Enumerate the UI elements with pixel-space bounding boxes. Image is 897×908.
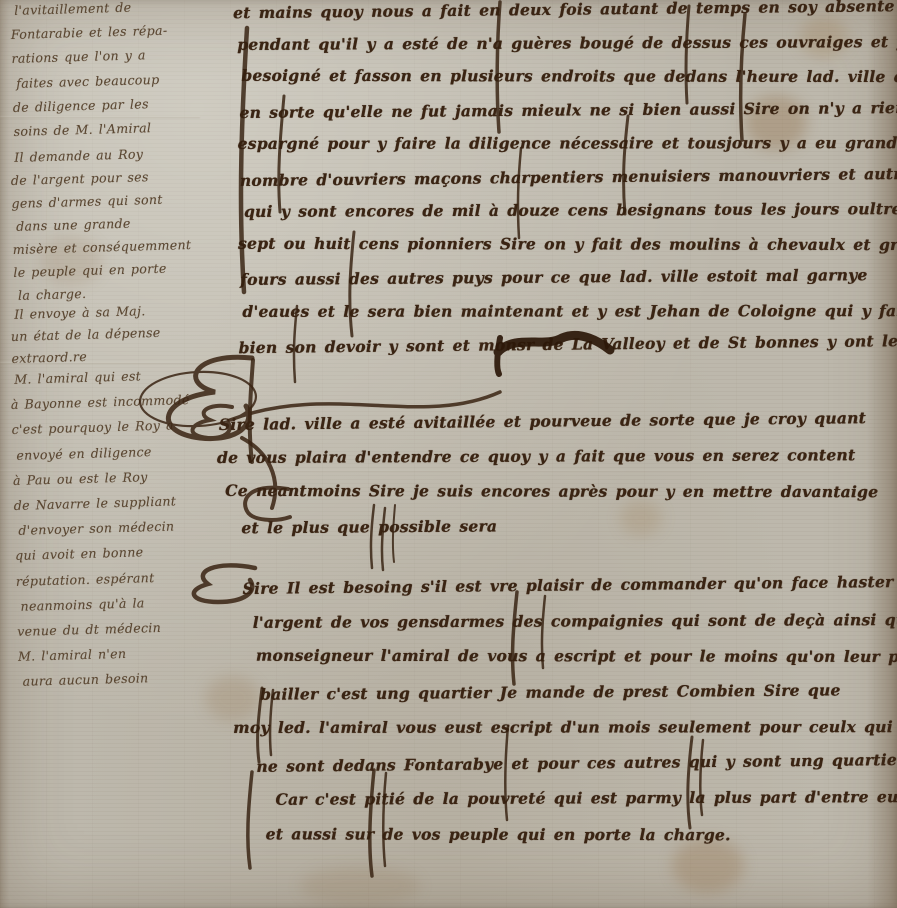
manuscript-line: ne sont dedans Fontarabye et pour ces au… (256, 749, 897, 775)
manuscript-line: l'argent de vos gensdarmes des compaigni… (253, 609, 897, 631)
manuscript-line: et mains quoy nous a fait en deux fois a… (233, 0, 897, 22)
manuscript-line: d'eaues et le sera bien maintenant et y … (242, 301, 897, 321)
manuscript-line: Sire lad. ville a esté avitaillée et pou… (219, 408, 866, 434)
manuscript-line: sept ou huit cens pionniers Sire on y fa… (238, 233, 897, 253)
manuscript-line: Sire Il est besoing s'il est vre plaisir… (242, 572, 893, 598)
manuscript-page: l'avitaillement deFontarabie et les répa… (0, 0, 897, 908)
manuscript-line: bailler c'est ung quartier Je mande de p… (260, 680, 841, 703)
manuscript-line: de vous plaira d'entendre ce quoy y a fa… (217, 445, 855, 467)
manuscript-line: espargné pour y faire la diligence néces… (238, 133, 897, 153)
manuscript-line: et aussi sur de vos peuple qui en porte … (266, 824, 731, 844)
manuscript-line: qui y sont encores de mil à douze cens b… (244, 199, 897, 221)
manuscript-line: besoigné et fasson en plusieurs endroits… (241, 66, 897, 86)
manuscript-line: nombre d'ouvriers maçons charpentiers me… (240, 163, 897, 189)
manuscript-line: et le plus que possible sera (241, 516, 497, 537)
manuscript-line: Car c'est pitié de la pouvreté qui est p… (275, 787, 897, 809)
manuscript-line: Ce neantmoins Sire je suis encores après… (225, 481, 878, 501)
main-text: et mains quoy nous a fait en deux fois a… (0, 0, 897, 908)
paragraph: et mains quoy nous a fait en deux fois a… (0, 0, 897, 2)
manuscript-line: moy led. l'amiral vous eust escript d'un… (233, 717, 893, 737)
manuscript-line: monseigneur l'amiral de vous a escript e… (256, 646, 897, 666)
manuscript-line: bien son devoir y sont et monsr de La Va… (238, 330, 897, 357)
manuscript-line: fours aussi des autres puys pour ce que … (240, 265, 867, 289)
manuscript-line: en sorte qu'elle ne fut jamais mieulx ne… (239, 97, 897, 121)
manuscript-line: pendant qu'il y a esté de n'a guères bou… (237, 31, 897, 53)
